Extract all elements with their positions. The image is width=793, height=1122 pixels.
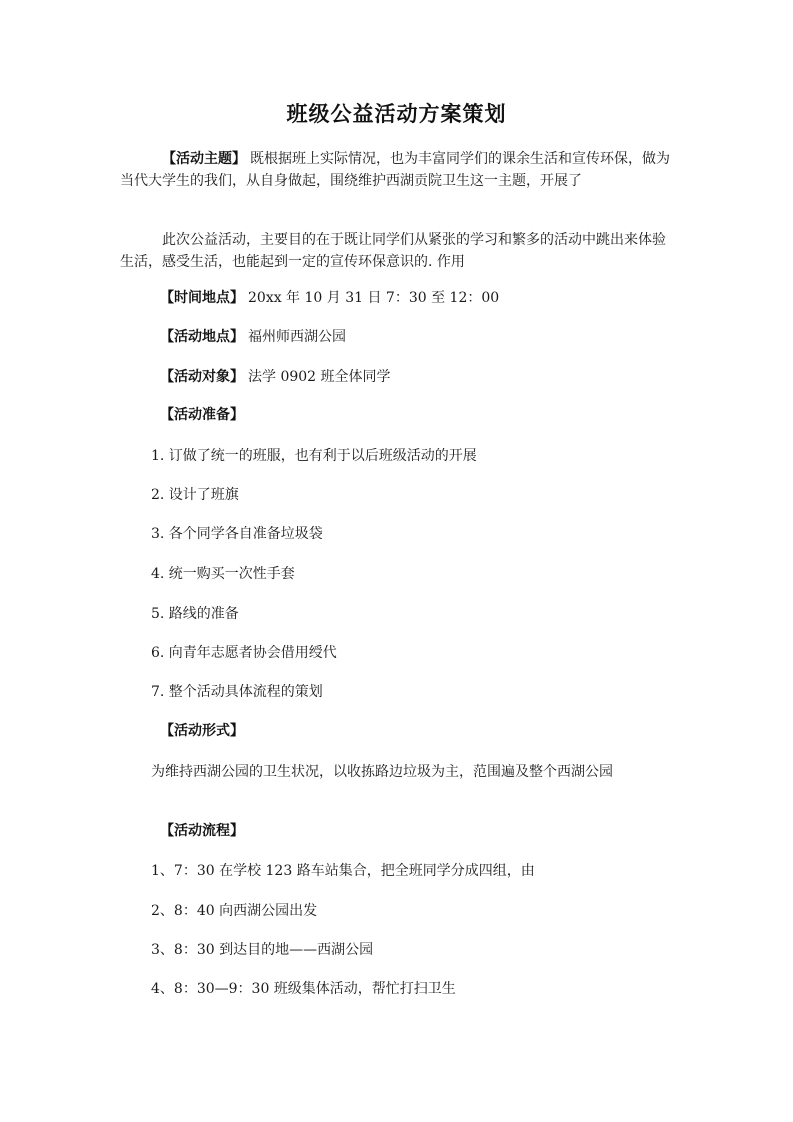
preparation-item: 6. 向青年志愿者协会借用绶代	[151, 643, 337, 663]
place-line: 【活动地点】福州师西湖公园	[160, 327, 346, 347]
preparation-heading: 【活动准备】	[160, 405, 244, 425]
preparation-label: 【活动准备】	[160, 407, 244, 423]
preparation-item: 2. 设计了班旗	[151, 485, 239, 505]
target-label: 【活动对象】	[160, 369, 244, 385]
preparation-item: 5. 路线的准备	[151, 604, 239, 624]
form-paragraph: 为维持西湖公园的卫生状况，以收拣路边垃圾为主，范围遍及整个西湖公园	[120, 761, 675, 783]
time-line: 【时间地点】20xx 年 10 月 31 日 7：30 至 12：00	[160, 288, 499, 308]
preparation-item: 4. 统一购买一次性手套	[151, 564, 295, 584]
document-title: 班级公益活动方案策划	[0, 98, 793, 128]
time-label: 【时间地点】	[160, 290, 244, 306]
process-item: 2、8：40 向西湖公园出发	[151, 901, 317, 921]
preparation-item: 1. 订做了统一的班服，也有利于以后班级活动的开展	[151, 446, 477, 466]
preparation-item: 3. 各个同学各自准备垃圾袋	[151, 524, 323, 544]
process-heading: 【活动流程】	[160, 821, 244, 841]
time-value: 20xx 年 10 月 31 日 7：30 至 12：00	[248, 290, 499, 306]
process-item: 4、8：30—9：30 班级集体活动，帮忙打扫卫生	[151, 979, 456, 999]
theme-paragraph: 【活动主题】既根据班上实际情况，也为丰富同学们的课余生活和宣传环保，做为当代大学…	[120, 148, 675, 192]
preparation-item: 7. 整个活动具体流程的策划	[151, 682, 323, 702]
theme-label: 【活动主题】	[162, 151, 246, 167]
process-label: 【活动流程】	[160, 823, 244, 839]
place-label: 【活动地点】	[160, 329, 244, 345]
purpose-paragraph: 此次公益活动，主要目的在于既让同学们从紧张的学习和繁多的活动中跳出来体验生活，感…	[120, 229, 675, 273]
target-line: 【活动对象】法学 0902 班全体同学	[160, 367, 391, 387]
target-value: 法学 0902 班全体同学	[248, 369, 391, 385]
form-label: 【活动形式】	[160, 723, 244, 739]
document-page: 班级公益活动方案策划 【活动主题】既根据班上实际情况，也为丰富同学们的课余生活和…	[0, 0, 793, 1122]
place-value: 福州师西湖公园	[248, 329, 346, 345]
form-heading: 【活动形式】	[160, 721, 244, 741]
process-item: 1、7：30 在学校 123 路车站集合，把全班同学分成四组，由	[151, 861, 535, 881]
process-item: 3、8：30 到达目的地——西湖公园	[151, 940, 373, 960]
